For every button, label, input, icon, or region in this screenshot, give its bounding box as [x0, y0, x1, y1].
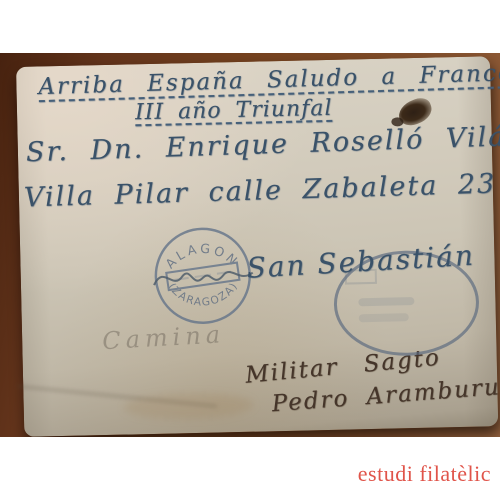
svg-text:(ZARAGOZA): (ZARAGOZA) [165, 279, 241, 309]
postmark-alagon-icon: ALAGON (ZARAGOZA) [151, 224, 255, 328]
screenshot: Arriba España Saludo a Franco III año Tr… [0, 0, 500, 500]
postmark-bottom-text: (ZARAGOZA) [165, 279, 241, 309]
paper-stain [123, 392, 254, 421]
patriotic-slogan-line2: III año Triunfal [135, 96, 333, 125]
seller-watermark: estudi filatèlic [358, 461, 491, 487]
patriotic-slogan-line1: Arriba España Saludo a Franco [38, 60, 500, 100]
envelope-photo: Arriba España Saludo a Franco III año Tr… [0, 53, 500, 437]
addressee-name: Sr. Dn. Enrique Roselló Vilá [25, 121, 500, 168]
envelope: Arriba España Saludo a Franco III año Tr… [16, 56, 498, 437]
top-white-margin [0, 0, 500, 53]
bottom-white-margin: estudi filatèlic [0, 437, 500, 500]
addressee-street: Villa Pilar calle Zabaleta 23 [24, 168, 497, 213]
